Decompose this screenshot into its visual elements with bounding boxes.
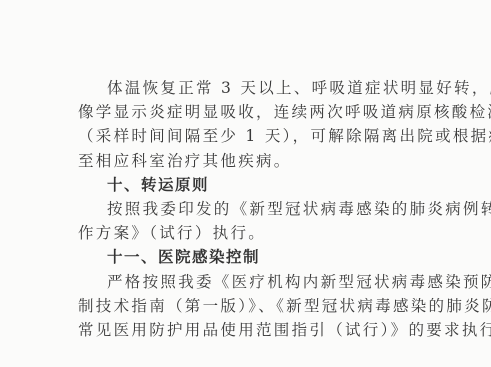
section-heading-transfer-principles: 十、转运原则 (78, 173, 438, 197)
text-line: 作方案》（试行）执行。 (78, 221, 438, 245)
paragraph-infection-control: 严格按照我委《医疗机构内新型冠状病毒感染预防与控 制技术指南（第一版）》、《新型… (78, 270, 438, 343)
text-line: 像学显示炎症明显吸收，连续两次呼吸道病原核酸检测阴性 (78, 100, 438, 124)
text-line: 体温恢复正常 3 天以上、呼吸道症状明显好转，肺部影 (78, 76, 438, 100)
paragraph-discharge-criteria: 体温恢复正常 3 天以上、呼吸道症状明显好转，肺部影 像学显示炎症明显吸收，连续… (78, 76, 438, 173)
paragraph-transfer: 按照我委印发的《新型冠状病毒感染的肺炎病例转运工 作方案》（试行）执行。 (78, 197, 438, 245)
document-page: 体温恢复正常 3 天以上、呼吸道症状明显好转，肺部影 像学显示炎症明显吸收，连续… (78, 76, 438, 342)
section-heading-infection-control: 十一、医院感染控制 (78, 245, 438, 269)
text-line: 严格按照我委《医疗机构内新型冠状病毒感染预防与控 (78, 270, 438, 294)
text-line: 常见医用防护用品使用范围指引（试行）》的要求执行。 (78, 318, 438, 342)
text-line: 制技术指南（第一版）》、《新型冠状病毒感染的肺炎防护中 (78, 294, 438, 318)
text-line: 按照我委印发的《新型冠状病毒感染的肺炎病例转运工 (78, 197, 438, 221)
text-line: 至相应科室治疗其他疾病。 (78, 149, 438, 173)
text-line: （采样时间间隔至少 1 天），可解除隔离出院或根据病情转 (78, 124, 438, 148)
